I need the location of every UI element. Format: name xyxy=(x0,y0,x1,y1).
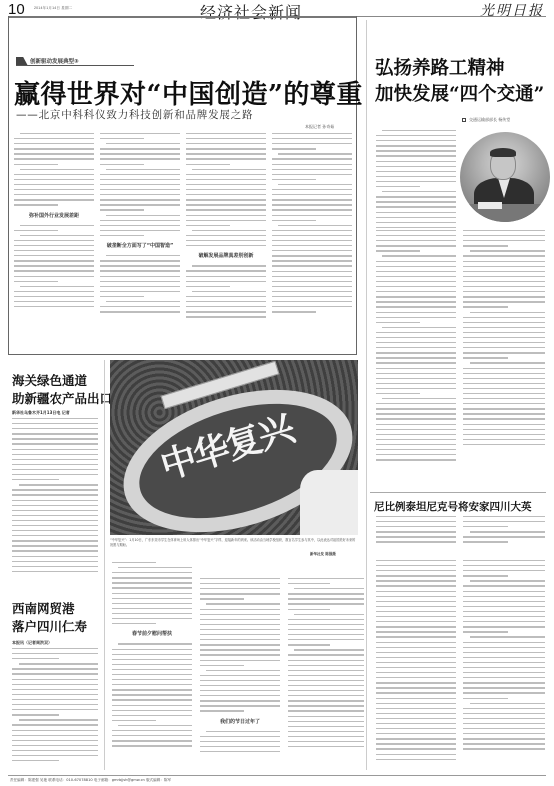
photo-caption: “中华复兴”：1月10日，广东东莞市学生在体育场上用人体排出“中华复兴”字样，迎… xyxy=(110,538,358,548)
photo-credit: 新华社发 陈强摄 xyxy=(310,552,336,557)
mid-story-headline: 尼比例泰坦尼克号将安家四川大英 xyxy=(374,499,532,514)
main-subheadline: ——北京中科科仪致力科技创新和品牌发展之路 xyxy=(16,107,253,122)
left-story-1-headline: 海关绿色通道 助新疆农产品出口 xyxy=(12,372,112,408)
feature-subhead: 破垄断全方面写了“中国智造” xyxy=(100,242,180,249)
feature-subhead: 破解发展品牌真差别创新 xyxy=(186,252,266,259)
right-headline-line-1: 弘扬养路工精神 xyxy=(375,56,544,82)
kicker-underline xyxy=(16,65,134,66)
masthead: 10 2014年1月14日 星期二 经济社会新闻 光明日报 xyxy=(0,0,554,16)
feature-subhead: 弥补国外行业发展差距 xyxy=(14,212,94,219)
issue-date: 2014年1月14日 星期二 xyxy=(34,6,72,11)
left-story-1-headline-line-1: 海关绿色通道 xyxy=(12,372,112,390)
left-story-2-headline-line-1: 西南网贸港 xyxy=(12,600,87,618)
column-divider xyxy=(366,20,367,770)
column-divider xyxy=(104,360,105,770)
main-headline: 赢得世界对“中国创造”的尊重 xyxy=(14,74,363,111)
feature-column-4 xyxy=(272,133,352,349)
footer-divider xyxy=(8,775,546,776)
left-story-2-dateline: 本报讯（记者周洪双） xyxy=(12,640,52,646)
bottom-story-column-2: 我们的节日过年了 xyxy=(200,578,280,768)
right-byline-text: 交通运输部部长 杨传堂 xyxy=(469,117,510,122)
bottom-story-column-5 xyxy=(463,560,545,768)
page-footer: 责任编辑：陈建强 吴艳 联系电话：010-67078810 电子邮箱：gmrbj… xyxy=(10,778,171,783)
right-column-1 xyxy=(376,230,456,488)
kicker-label: 创新驱动发展典型③ xyxy=(16,57,134,66)
left-story-1-headline-line-2: 助新疆农产品出口 xyxy=(12,390,112,408)
feature-column-2: 破垄断全方面写了“中国智造” xyxy=(100,133,180,349)
feature-column-3: 破解发展品牌真差别创新 xyxy=(186,133,266,349)
bottom-story-column-1: 春节前夕慰问帮扶 xyxy=(112,562,192,767)
bottom-subhead: 我们的节日过年了 xyxy=(200,718,280,725)
right-column-1-top xyxy=(376,130,456,230)
feature-byline: 本报记者 孙奇茹 xyxy=(305,124,334,130)
byline-box-icon xyxy=(462,118,466,122)
bottom-story-column-4 xyxy=(376,560,456,768)
left-story-2-headline-line-2: 落户四川仁寿 xyxy=(12,618,87,636)
paper-logo: 光明日报 xyxy=(480,0,544,20)
mid-story-divider xyxy=(370,492,546,493)
right-headline: 弘扬养路工精神 加快发展“四个交通” xyxy=(375,56,544,108)
feature-column-1: 弥补国外行业发展差距 xyxy=(14,133,94,349)
left-story-2-body xyxy=(12,648,98,768)
bottom-subhead: 春节前夕慰问帮扶 xyxy=(112,630,192,637)
mid-story-column-1 xyxy=(376,516,456,546)
right-headline-line-2: 加快发展“四个交通” xyxy=(375,82,544,108)
portrait-photo xyxy=(460,132,550,222)
bottom-story-column-3 xyxy=(288,578,364,768)
kicker-text: 创新驱动发展典型③ xyxy=(30,57,79,65)
left-story-2-headline: 西南网贸港 落户四川仁寿 xyxy=(12,600,87,636)
right-column-2 xyxy=(463,230,545,488)
right-byline: 交通运输部部长 杨传堂 xyxy=(462,117,510,123)
mid-story-column-2 xyxy=(463,516,545,546)
feature-photo: 中华复兴 xyxy=(110,360,358,535)
left-story-1-body xyxy=(12,418,98,573)
left-story-1-dateline: 新华社乌鲁木齐1月13日电 记者 xyxy=(12,410,70,416)
